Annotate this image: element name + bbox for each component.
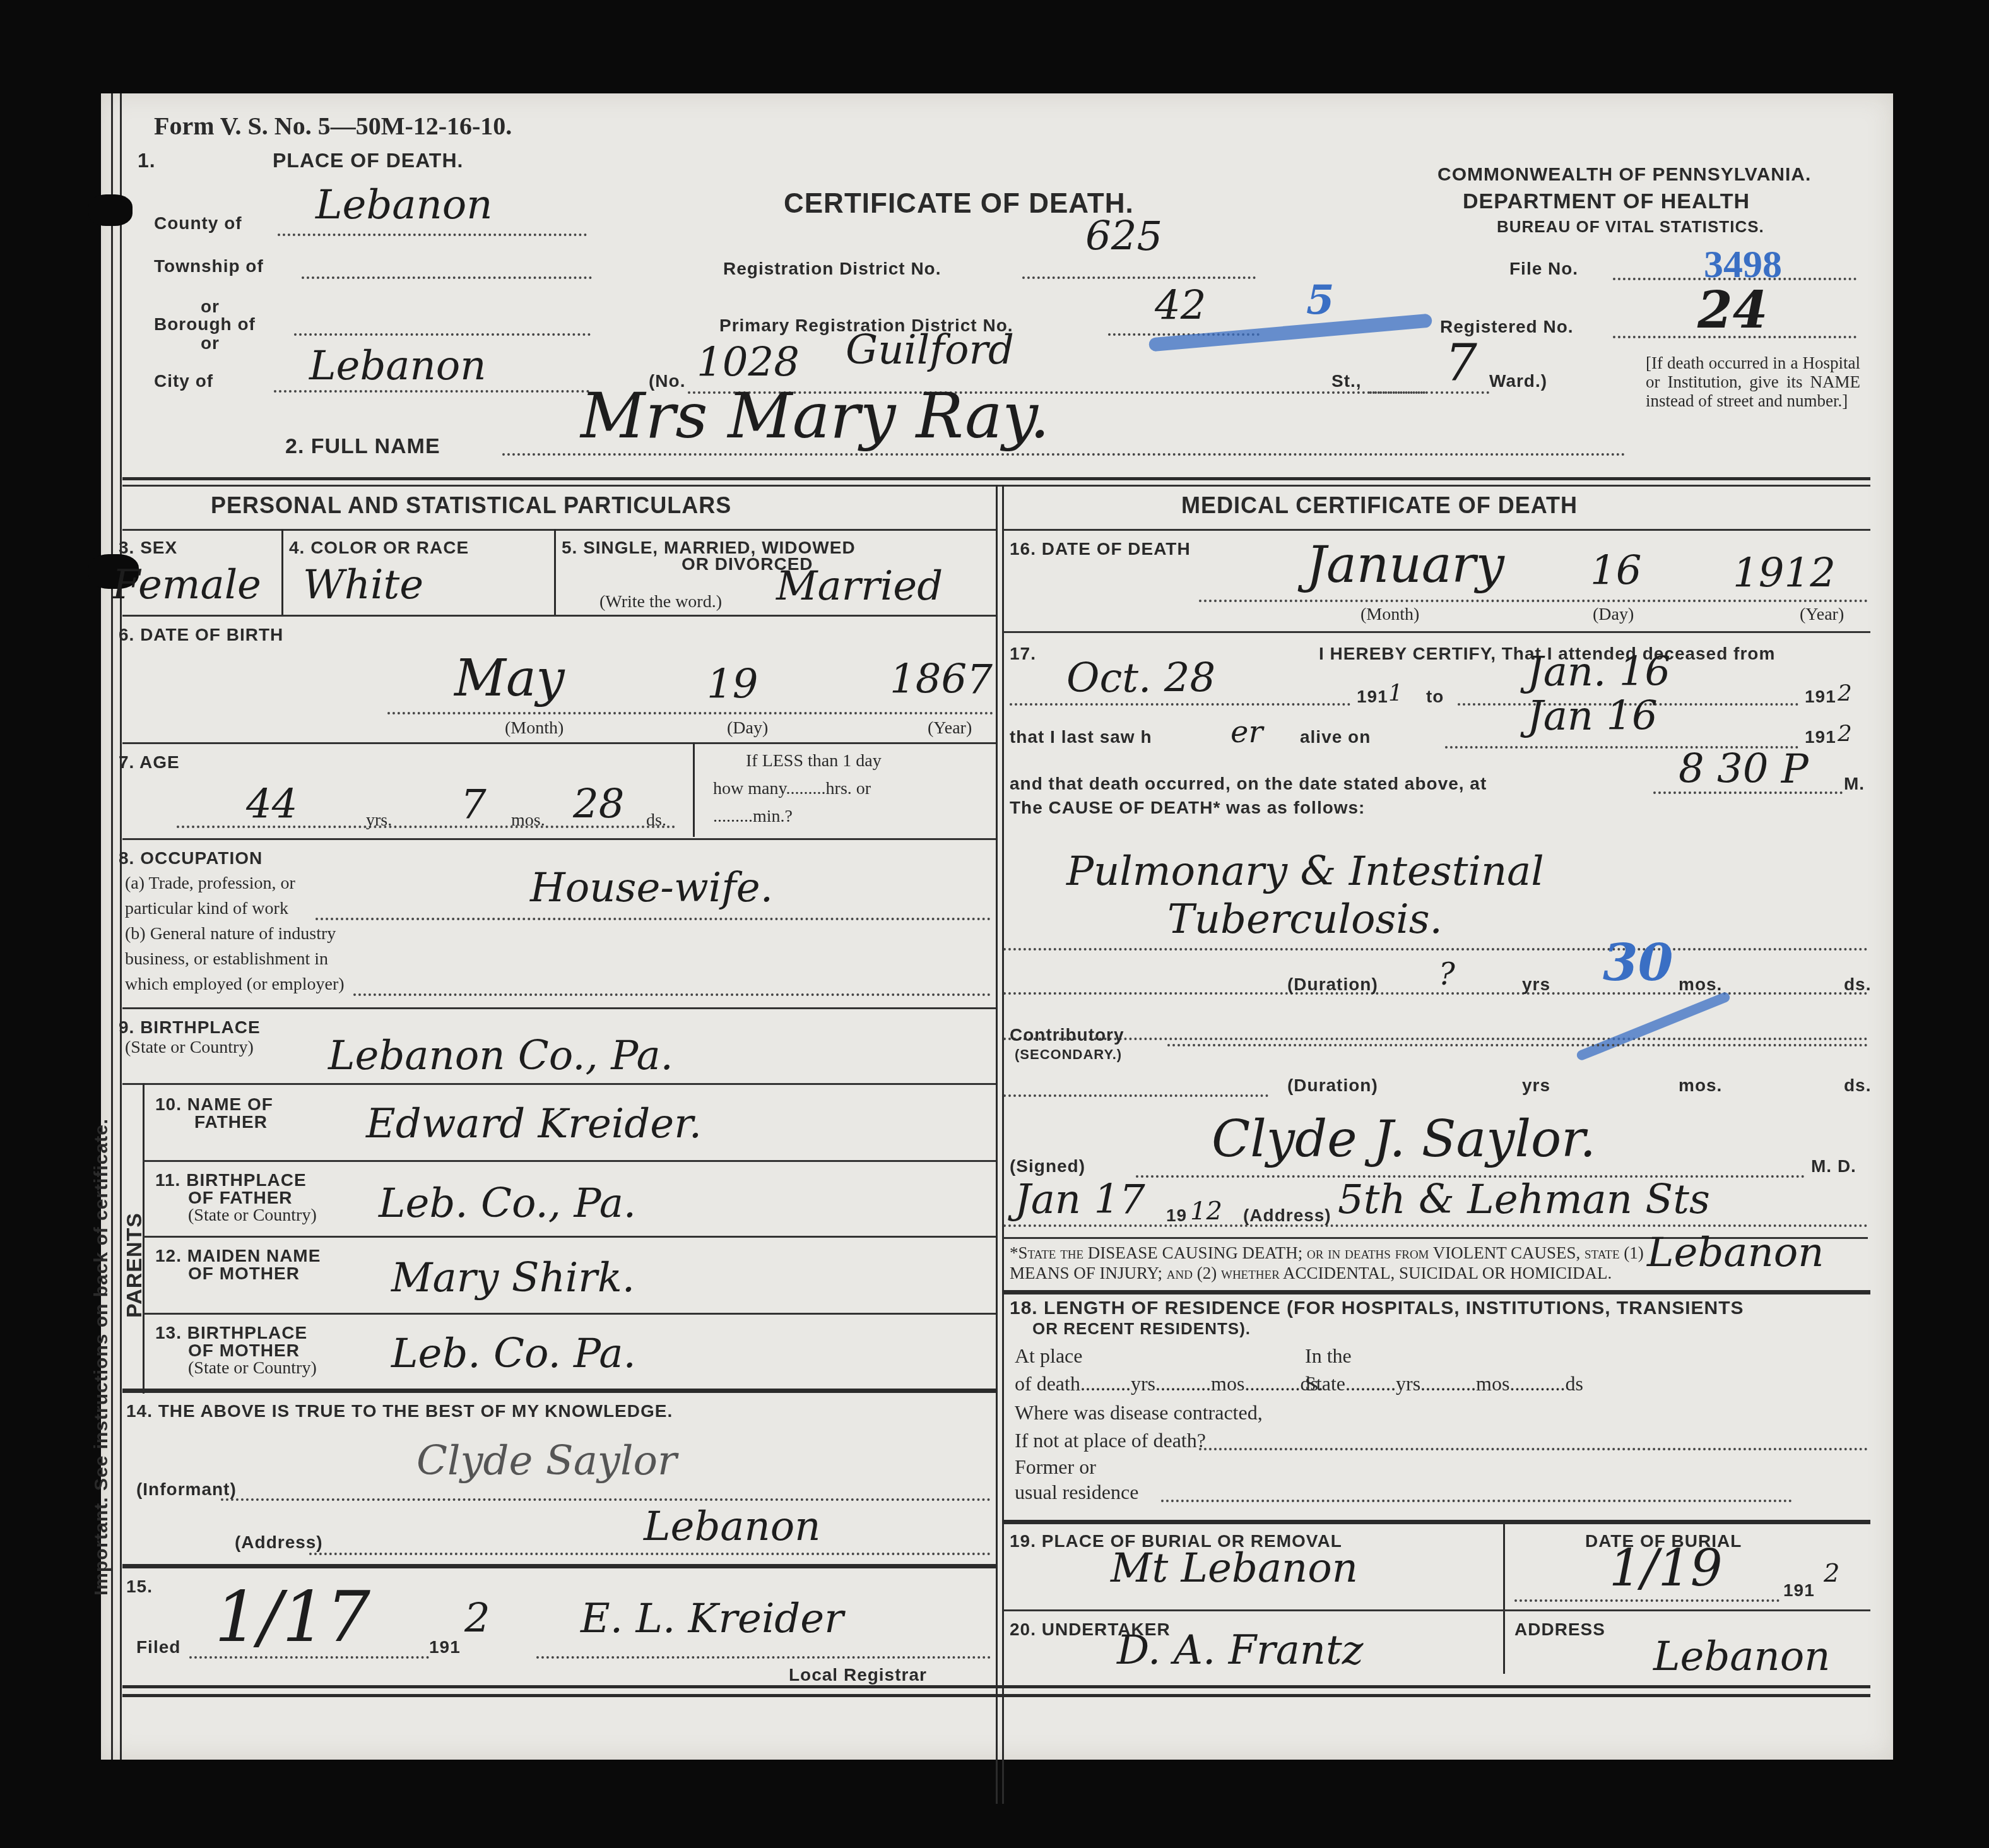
day-caption: (Day) — [727, 718, 768, 738]
duration-days-label: ds. — [1844, 974, 1871, 995]
burial-date-line — [1514, 1599, 1779, 1602]
occupation-a-line2: particular kind of work — [125, 899, 288, 919]
death-year-caption: (Year) — [1800, 605, 1844, 625]
date-of-death-label: 16. DATE OF DEATH — [1010, 539, 1191, 559]
form-number: Form V. S. No. 5—50M-12-16-10. — [154, 111, 512, 141]
city-field[interactable]: Lebanon — [309, 343, 486, 389]
burial-date-field[interactable]: 1/19 — [1609, 1539, 1723, 1597]
section-divider — [1003, 1290, 1870, 1294]
row-divider — [122, 615, 996, 617]
signed-date-field[interactable]: Jan 17 — [1015, 1176, 1145, 1223]
ward-label: Ward.) — [1489, 371, 1547, 391]
county-label: County of — [154, 213, 242, 234]
secondary-label: (SECONDARY.) — [1015, 1046, 1122, 1063]
place-of-death-heading: PLACE OF DEATH. — [273, 149, 463, 172]
last-saw-label: that I last saw h — [1010, 727, 1152, 747]
section-divider — [122, 1389, 996, 1393]
registration-district-line — [1022, 276, 1256, 279]
registered-number-field[interactable]: 24 — [1697, 280, 1768, 340]
full-name-line — [502, 453, 1626, 456]
dob-year-field[interactable]: 1867 — [890, 656, 993, 703]
death-time-field[interactable]: 8 30 P — [1679, 746, 1809, 793]
registrar-line — [536, 1656, 991, 1659]
street-suffix-label: St., — [1331, 371, 1362, 391]
sex-field[interactable]: Female — [112, 562, 261, 608]
age-days-field[interactable]: 28 — [573, 781, 624, 828]
alive-on-label: alive on — [1300, 727, 1371, 747]
medical-section-header: MEDICAL CERTIFICATE OF DEATH — [1181, 492, 1578, 519]
burial-year-field[interactable]: 2 — [1824, 1559, 1839, 1588]
center-divider — [1002, 485, 1004, 1804]
footnote-line2: MEANS OF INJURY; and (2) whether ACCIDEN… — [1010, 1264, 1612, 1283]
section-divider — [122, 1564, 996, 1568]
at-place-label: At place — [1015, 1344, 1083, 1368]
mother-name-label-2: OF MOTHER — [188, 1264, 300, 1284]
meridiem-label: M. — [1844, 774, 1865, 794]
usual-residence-label: usual residence — [1015, 1481, 1138, 1504]
file-number-label: File No. — [1509, 259, 1578, 279]
year-caption: (Year) — [928, 718, 972, 738]
section-divider — [122, 477, 1870, 480]
physician-city-field[interactable]: Lebanon — [1647, 1229, 1824, 1276]
in-state-field[interactable]: State..........yrs...........mos........… — [1305, 1372, 1583, 1395]
certificate-title: CERTIFICATE OF DEATH. — [784, 188, 1134, 220]
registration-district-label: Registration District No. — [723, 259, 941, 279]
duration2-label: (Duration) — [1287, 1075, 1378, 1096]
agency-line-1: COMMONWEALTH OF PENNSYLVANIA. — [1437, 164, 1811, 186]
death-time-text: and that death occurred, on the date sta… — [1010, 774, 1487, 794]
age-label: 7. AGE — [119, 752, 180, 773]
row-divider — [143, 1236, 996, 1238]
certify-number: 17. — [1010, 644, 1036, 664]
signed-year-field[interactable]: 12 — [1190, 1197, 1222, 1226]
township-field[interactable] — [302, 276, 592, 279]
death-day-field[interactable]: 16 — [1590, 548, 1641, 595]
where-contracted-field[interactable] — [1199, 1448, 1868, 1450]
birthplace-label: 9. BIRTHPLACE — [119, 1017, 261, 1038]
father-name-field[interactable]: Edward Kreider. — [366, 1101, 702, 1147]
occupation-b-line1: (b) General nature of industry — [125, 924, 336, 944]
full-name-label: 2. FULL NAME — [285, 434, 440, 459]
row-divider — [122, 742, 996, 744]
duration2-months-label: mos. — [1679, 1075, 1722, 1096]
agency-line-2: DEPARTMENT OF HEALTH — [1463, 189, 1750, 214]
occupation-a-line1: (a) Trade, profession, or — [125, 874, 295, 894]
father-name-label-2: FATHER — [194, 1112, 268, 1132]
age-months-label: mos. — [511, 810, 545, 831]
duration-label: (Duration) — [1287, 974, 1378, 995]
father-birthplace-sub: (State or Country) — [188, 1205, 317, 1226]
row-divider — [122, 1007, 996, 1009]
undertaker-field[interactable]: D. A. Frantz — [1117, 1627, 1363, 1674]
left-margin-line-inner — [120, 93, 122, 1760]
race-label: 4. COLOR OR RACE — [289, 538, 469, 558]
burial-place-field[interactable]: Mt Lebanon — [1111, 1545, 1358, 1592]
duration-years-label: yrs — [1522, 974, 1550, 995]
mother-name-field[interactable]: Mary Shirk. — [391, 1255, 635, 1301]
row-divider — [1003, 631, 1870, 633]
signed-label: (Signed) — [1010, 1156, 1085, 1176]
month-caption: (Month) — [505, 718, 564, 738]
cause-line — [1003, 992, 1868, 995]
section-divider — [1003, 1520, 1870, 1524]
city-field-line — [274, 390, 589, 393]
last-saw-year-prefix: 191 — [1805, 727, 1836, 747]
blue-pencil-mark: 5 — [1306, 276, 1335, 324]
death-month-caption: (Month) — [1360, 605, 1419, 625]
filing-number: 15. — [126, 1577, 153, 1597]
bottom-rule — [122, 1694, 1870, 1697]
burial-year-prefix: 191 — [1783, 1580, 1815, 1601]
sex-label: 3. SEX — [119, 538, 177, 558]
cause-of-death-line2[interactable]: Tuberculosis. — [1167, 896, 1443, 943]
age-years-label: yrs. — [366, 810, 392, 831]
informant-statement: 14. THE ABOVE IS TRUE TO THE BEST OF MY … — [126, 1401, 673, 1421]
pronoun-field[interactable]: er — [1231, 714, 1263, 750]
street-name-field[interactable]: Guilford — [846, 327, 1014, 374]
informant-label: (Informant) — [136, 1479, 237, 1500]
undertaker-address-field[interactable]: Lebanon — [1653, 1633, 1830, 1680]
row-divider — [143, 1160, 996, 1162]
informant-address-field[interactable]: Lebanon — [644, 1503, 820, 1550]
side-instruction-note: Important. See instructions on back of c… — [91, 1118, 112, 1596]
filed-year-prefix: 191 — [429, 1637, 461, 1657]
cause-line — [1003, 1038, 1868, 1040]
former-residence-label: Former or — [1015, 1455, 1096, 1479]
dob-label: 6. DATE OF BIRTH — [119, 625, 283, 645]
duration2-years-label: yrs — [1522, 1075, 1550, 1096]
dob-field-line — [387, 712, 993, 714]
death-year-field[interactable]: 1912 — [1733, 550, 1836, 597]
signed-year-prefix: 19 — [1166, 1205, 1187, 1226]
county-field-line — [278, 234, 587, 236]
row-divider — [143, 1313, 996, 1315]
personal-section-header: PERSONAL AND STATISTICAL PARTICULARS — [211, 492, 731, 519]
primary-district-field[interactable]: 42 — [1155, 283, 1206, 329]
marital-status-field[interactable]: Married — [776, 563, 943, 610]
local-registrar-label: Local Registrar — [789, 1665, 927, 1685]
former-residence-field[interactable] — [1161, 1500, 1792, 1502]
filed-year-field[interactable]: 2 — [464, 1596, 490, 1642]
attended-to-field[interactable]: Jan. 16 — [1527, 649, 1670, 696]
duration-years-field[interactable]: ? — [1439, 957, 1455, 992]
torn-notch — [88, 194, 133, 226]
to-year-prefix: 191 — [1805, 687, 1836, 707]
in-state-label: In the — [1305, 1344, 1352, 1368]
last-saw-date-field[interactable]: Jan 16 — [1527, 693, 1658, 740]
birthplace-sub: (State or Country) — [125, 1038, 254, 1058]
age-months-field[interactable]: 7 — [461, 781, 487, 828]
occupation-field-line — [316, 918, 991, 920]
last-saw-year-field[interactable]: 2 — [1838, 721, 1852, 747]
borough-field[interactable] — [294, 333, 591, 336]
residence-label: 18. LENGTH OF RESIDENCE (FOR HOSPITALS, … — [1010, 1298, 1744, 1319]
mother-birthplace-sub: (State or Country) — [188, 1358, 317, 1378]
column-divider — [554, 529, 556, 615]
duration2-days-label: ds. — [1844, 1075, 1871, 1096]
if-not-place-label: If not at place of death? — [1015, 1429, 1206, 1452]
informant-field-line — [221, 1498, 991, 1501]
physician-address-field[interactable]: 5th & Lehman Sts — [1338, 1176, 1710, 1223]
ward-field[interactable]: 7 — [1445, 333, 1477, 392]
row-divider — [1003, 529, 1870, 531]
from-year-field[interactable]: 1 — [1388, 680, 1403, 706]
contributory-field[interactable] — [1167, 1044, 1868, 1046]
cause-line — [1003, 948, 1868, 951]
bottom-rule — [122, 1685, 1870, 1688]
residence-label-2: OR RECENT RESIDENTS). — [1032, 1319, 1251, 1339]
birthplace-field[interactable]: Lebanon Co., Pa. — [328, 1033, 673, 1079]
attended-from-line — [1010, 703, 1350, 706]
row-divider — [122, 838, 996, 840]
column-divider — [693, 742, 695, 837]
full-name-field[interactable]: Mrs Mary Ray. — [581, 379, 1050, 453]
mother-birthplace-field[interactable]: Leb. Co. Pa. — [391, 1330, 636, 1377]
date-of-death-line — [1199, 600, 1868, 602]
blue-duration-mark: 30 — [1603, 933, 1673, 992]
occupation-label: 8. OCCUPATION — [119, 848, 263, 868]
hours-field[interactable]: how many.........hrs. or — [713, 779, 871, 799]
township-label: Township of — [154, 256, 264, 276]
undertaker-address-label: ADDRESS — [1514, 1620, 1605, 1640]
less-than-day-note: If LESS than 1 day — [746, 751, 882, 771]
cause-of-death-line1[interactable]: Pulmonary & Intestinal — [1066, 848, 1544, 895]
agency-line-3: BUREAU OF VITAL STATISTICS. — [1497, 217, 1764, 237]
filed-date-field[interactable]: 1/17 — [215, 1577, 370, 1657]
informant-address-label: (Address) — [235, 1532, 323, 1553]
marital-hint: (Write the word.) — [599, 592, 722, 612]
contributory-label: Contributory — [1010, 1025, 1124, 1045]
at-place-field[interactable]: of death..........yrs...........mos.....… — [1015, 1372, 1323, 1395]
from-year-prefix: 191 — [1357, 687, 1388, 707]
death-certificate-page: Important. See instructions on back of c… — [101, 93, 1893, 1760]
death-month-field[interactable]: January — [1306, 535, 1504, 594]
occupation-b-line2: business, or establishment in — [125, 949, 328, 969]
center-divider — [996, 485, 998, 1804]
informant-address-line — [309, 1553, 991, 1555]
cause-intro: The CAUSE OF DEATH* was as follows: — [1010, 798, 1365, 818]
race-field[interactable]: White — [303, 562, 423, 608]
attended-from-field[interactable]: Oct. 28 — [1066, 655, 1215, 702]
blue-pencil-stroke — [1575, 991, 1731, 1062]
dob-month-field[interactable]: May — [454, 649, 565, 708]
dob-day-field[interactable]: 19 — [707, 661, 758, 708]
row-divider — [122, 529, 996, 531]
father-birthplace-field[interactable]: Leb. Co., Pa. — [379, 1180, 636, 1227]
md-label: M. D. — [1811, 1156, 1856, 1176]
row-divider — [1003, 1609, 1870, 1611]
signed-date-line — [1003, 1224, 1868, 1227]
place-of-death-number: 1. — [138, 149, 156, 172]
borough-label: Borough of — [154, 314, 256, 335]
row-divider — [122, 1083, 996, 1085]
or-label: or — [201, 333, 220, 353]
informant-field[interactable]: Clyde Saylor — [416, 1438, 677, 1484]
to-year-field[interactable]: 2 — [1838, 680, 1852, 706]
minutes-field[interactable]: .........min.? — [713, 807, 793, 827]
hospital-note: [If death occurred in a Hospital or Inst… — [1646, 353, 1860, 410]
registrar-signature[interactable]: E. L. Kreider — [581, 1596, 844, 1642]
parents-label: PARENTS — [122, 1212, 147, 1318]
where-contracted-label: Where was disease contracted, — [1015, 1401, 1263, 1424]
duration-months-label: mos. — [1679, 974, 1722, 995]
age-days-label: ds. — [646, 810, 666, 831]
registration-district-field[interactable]: 625 — [1085, 213, 1162, 260]
age-years-field[interactable]: 44 — [246, 781, 297, 828]
city-label: City of — [154, 371, 213, 391]
industry-field[interactable] — [353, 993, 991, 996]
physician-signature[interactable]: Clyde J. Saylor. — [1212, 1110, 1596, 1168]
physician-address-label: (Address) — [1243, 1205, 1331, 1226]
column-divider — [281, 529, 283, 615]
contributory-duration-line — [1003, 1094, 1268, 1097]
footnote-line1: *State the DISEASE CAUSING DEATH; or in … — [1010, 1243, 1644, 1263]
occupation-b-line3: which employed (or employer) — [125, 974, 345, 995]
to-label: to — [1426, 687, 1444, 707]
occupation-field[interactable]: House-wife. — [530, 865, 773, 911]
column-divider — [1503, 1522, 1505, 1674]
county-field[interactable]: Lebanon — [316, 182, 492, 228]
filed-label: Filed — [136, 1637, 180, 1657]
death-day-caption: (Day) — [1593, 605, 1634, 625]
